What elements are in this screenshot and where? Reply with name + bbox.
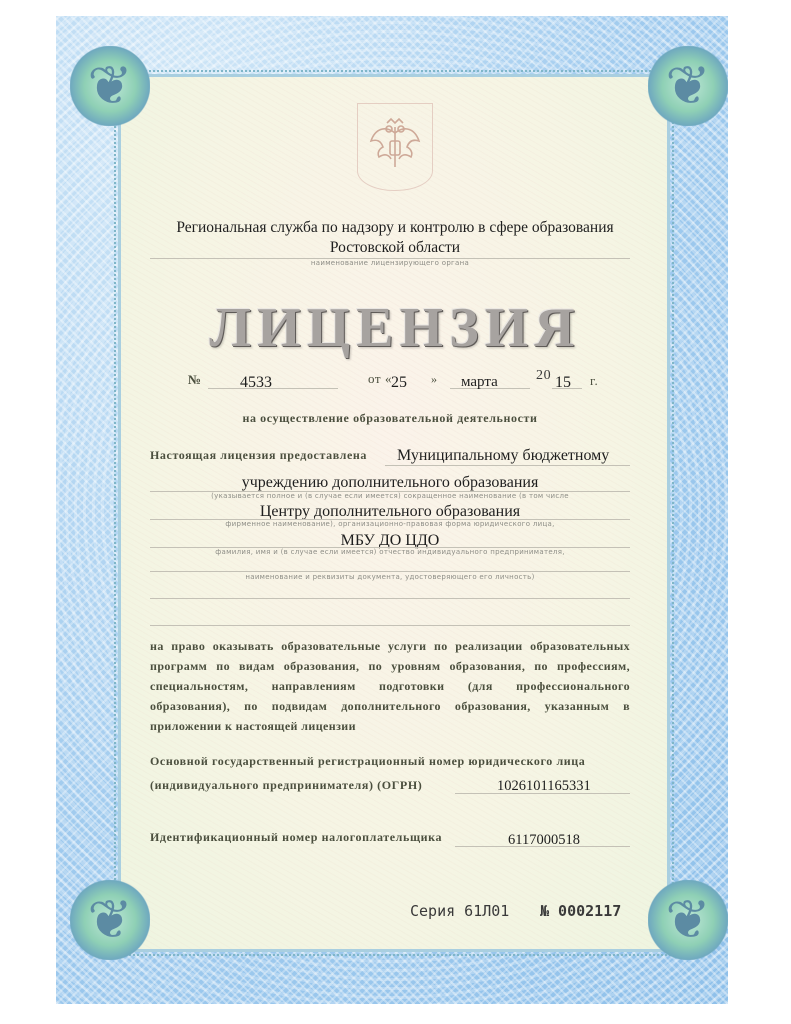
- licensee-caption-2: фирменное наименование), организационно-…: [150, 520, 630, 528]
- divider: [150, 571, 630, 572]
- license-subject: на осуществление образовательной деятель…: [150, 411, 630, 426]
- authority-line-2: Ростовской области: [120, 239, 670, 257]
- divider: [208, 388, 338, 389]
- license-rights-text: на право оказывать образовательные услуг…: [150, 636, 630, 736]
- granted-to-label: Настоящая лицензия предоставлена: [150, 448, 367, 463]
- year-label: г.: [590, 373, 598, 389]
- number-label: №: [188, 372, 202, 388]
- day-close-quote: »: [431, 372, 438, 387]
- divider: [150, 598, 630, 599]
- date-from-label: от «: [368, 371, 392, 387]
- licensee-caption-4: наименование и реквизиты документа, удос…: [150, 573, 630, 581]
- document-title: ЛИЦЕНЗИЯ: [120, 296, 670, 360]
- license-day: 25: [391, 374, 407, 392]
- ogrn-value: 1026101165331: [497, 778, 591, 795]
- divider: [385, 465, 630, 466]
- license-number: 4533: [240, 374, 272, 392]
- licensee-name-line-2: учреждению дополнительного образования: [150, 474, 630, 492]
- license-month: марта: [461, 374, 498, 391]
- year-prefix: 20: [536, 368, 551, 384]
- licensee-caption-1: (указывается полное и (в случае если име…: [150, 492, 630, 500]
- license-content: Региональная служба по надзору и контрол…: [0, 0, 791, 1024]
- licensee-name-line-1: Муниципальному бюджетному: [397, 447, 609, 465]
- licensee-caption-3: фамилия, имя и (в случае если имеется) о…: [150, 548, 630, 556]
- authority-line-1: Региональная служба по надзору и контрол…: [120, 219, 670, 237]
- form-number: № 0002117: [540, 902, 621, 920]
- ogrn-label-line-2: (индивидуального предпринимателя) (ОГРН): [150, 778, 422, 793]
- divider: [150, 625, 630, 626]
- year-suffix: 15: [555, 374, 571, 392]
- form-series: Серия 61Л01: [410, 902, 509, 920]
- inn-value: 6117000518: [508, 832, 580, 849]
- inn-label: Идентификационный номер налогоплательщик…: [150, 830, 442, 845]
- ogrn-label-line-1: Основной государственный регистрационный…: [150, 754, 585, 769]
- authority-caption: наименование лицензирующего органа: [150, 259, 630, 267]
